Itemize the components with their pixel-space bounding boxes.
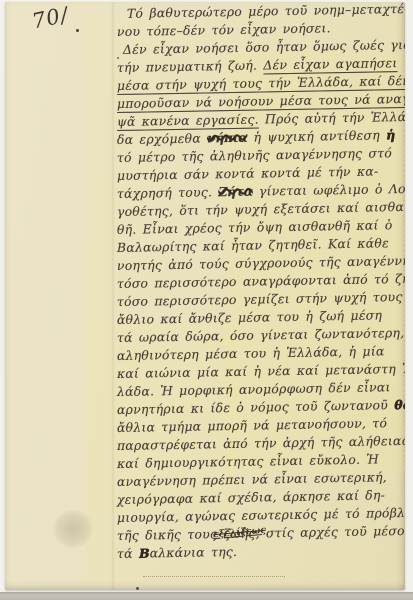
manuscript-text-segment: γίνεται ωφέλιμο ὁ Λο- [253, 181, 405, 199]
page-number: 70/ [30, 2, 71, 33]
manuscript-text-segment: ἄθλιο καί ἄνθιζε μέσα του ἡ ζωή μέση [117, 307, 382, 327]
paper-crease [111, 2, 115, 590]
manuscript-line: τά Βαλκάνια της. [117, 540, 405, 563]
manuscript-text-segment: τήν πνευματική ζωή. [117, 57, 264, 75]
manuscript-text-segment: αλκάνια της. [149, 544, 237, 561]
manuscript-text-segment: καί δημιουργικότητας εἶναι εὔκολο. Ἡ [117, 451, 379, 471]
manuscript-text-segment: μυστήρια σάν κοντά κοντά μέ τήν κα- [117, 163, 379, 183]
scanned-manuscript-page: 70/ Τό βαθυτερώτερο μέρο τοῦ νοημ–μεταχτ… [0, 0, 413, 600]
manuscript-text-segment: Δέν εἶχαν αγαπήσει [263, 55, 397, 72]
manuscript-text-segment: νου τόπε–δέν τόν εἶχαν νοήσει. [117, 20, 331, 39]
scan-edge-band [0, 592, 413, 600]
manuscript-text-segment: ψᾶ κανένα εργασίες. [117, 112, 259, 129]
manuscript-text-segment: Β [139, 545, 150, 560]
perforation-dots [143, 576, 285, 577]
paper-sheet: 70/ Τό βαθυτερώτερο μέρο τοῦ νοημ–μεταχτ… [5, 2, 405, 590]
ink-dot [76, 29, 79, 32]
smudge-mark [53, 510, 93, 548]
manuscript-text-segment: νήπια [207, 130, 247, 146]
ink-dot [117, 57, 119, 59]
manuscript-text-segment: τάχρησή τους. [117, 184, 219, 201]
ink-speck [136, 587, 139, 590]
manuscript-text-segment: ἡ [386, 127, 396, 142]
manuscript-text-segment: θολ [394, 397, 405, 412]
manuscript-lines: Τό βαθυτερώτερο μέρο τοῦ νοημ–μεταχτέ–νο… [117, 5, 405, 563]
manuscript-text-segment: Ζήτα [218, 184, 253, 200]
manuscript-text-segment: Πρός αὐτή τήν Ἑλλά- [259, 109, 405, 127]
manuscript-text-segment: ἡ ψυχική αντίθεση [247, 127, 386, 144]
manuscript-text-segment: δα ερχόμεθα [117, 130, 207, 147]
manuscript-text-segment: τά [117, 546, 139, 561]
